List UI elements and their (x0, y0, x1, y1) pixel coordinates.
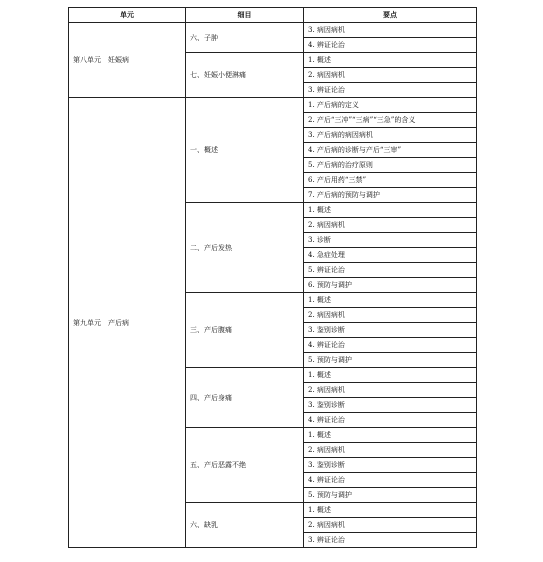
header-unit: 单元 (69, 8, 186, 23)
point-cell: 1. 概述 (304, 53, 477, 68)
point-cell: 1. 产后病的定义 (304, 98, 477, 113)
point-cell: 7. 产后病的预防与调护 (304, 188, 477, 203)
point-cell: 3. 病因病机 (304, 23, 477, 38)
point-cell: 4. 产后病的诊断与产后“三审” (304, 143, 477, 158)
point-cell: 3. 辨证论治 (304, 533, 477, 548)
point-cell: 4. 辨证论治 (304, 413, 477, 428)
point-cell: 4. 辨证论治 (304, 38, 477, 53)
topic-cell: 五、产后恶露不绝 (186, 428, 304, 503)
point-cell: 3. 产后病的病因病机 (304, 128, 477, 143)
point-cell: 5. 预防与调护 (304, 353, 477, 368)
point-cell: 3. 辨证论治 (304, 83, 477, 98)
table-row: 第九单元 产后病一、概述1. 产后病的定义 (69, 98, 477, 113)
table-body: 第八单元 妊娠病六、子肿3. 病因病机4. 辨证论治七、妊娠小便淋痛1. 概述2… (69, 23, 477, 548)
point-cell: 1. 概述 (304, 368, 477, 383)
topic-cell: 一、概述 (186, 98, 304, 203)
point-cell: 6. 产后用药“三禁” (304, 173, 477, 188)
point-cell: 2. 病因病机 (304, 383, 477, 398)
unit-cell: 第九单元 产后病 (69, 98, 186, 548)
topic-cell: 四、产后身痛 (186, 368, 304, 428)
point-cell: 3. 诊断 (304, 233, 477, 248)
point-cell: 2. 病因病机 (304, 308, 477, 323)
table-row: 第八单元 妊娠病六、子肿3. 病因病机 (69, 23, 477, 38)
point-cell: 5. 产后病的治疗原则 (304, 158, 477, 173)
topic-cell: 六、缺乳 (186, 503, 304, 548)
topic-cell: 七、妊娠小便淋痛 (186, 53, 304, 98)
point-cell: 3. 鉴别诊断 (304, 458, 477, 473)
unit-cell: 第八单元 妊娠病 (69, 23, 186, 98)
point-cell: 1. 概述 (304, 293, 477, 308)
topic-cell: 六、子肿 (186, 23, 304, 53)
point-cell: 4. 辨证论治 (304, 473, 477, 488)
point-cell: 2. 病因病机 (304, 68, 477, 83)
header-row: 单元 细目 要点 (69, 8, 477, 23)
header-points: 要点 (304, 8, 477, 23)
point-cell: 6. 预防与调护 (304, 278, 477, 293)
point-cell: 2. 病因病机 (304, 218, 477, 233)
point-cell: 3. 鉴别诊断 (304, 323, 477, 338)
point-cell: 4. 急症处理 (304, 248, 477, 263)
point-cell: 5. 辨证论治 (304, 263, 477, 278)
syllabus-table: 单元 细目 要点 第八单元 妊娠病六、子肿3. 病因病机4. 辨证论治七、妊娠小… (68, 7, 477, 548)
topic-cell: 三、产后腹痛 (186, 293, 304, 368)
topic-cell: 二、产后发热 (186, 203, 304, 293)
point-cell: 2. 病因病机 (304, 518, 477, 533)
point-cell: 1. 概述 (304, 503, 477, 518)
point-cell: 2. 病因病机 (304, 443, 477, 458)
point-cell: 5. 预防与调护 (304, 488, 477, 503)
point-cell: 4. 辨证论治 (304, 338, 477, 353)
point-cell: 1. 概述 (304, 428, 477, 443)
point-cell: 1. 概述 (304, 203, 477, 218)
point-cell: 2. 产后“三冲”“三病”“三急”的含义 (304, 113, 477, 128)
point-cell: 3. 鉴别诊断 (304, 398, 477, 413)
header-topic: 细目 (186, 8, 304, 23)
